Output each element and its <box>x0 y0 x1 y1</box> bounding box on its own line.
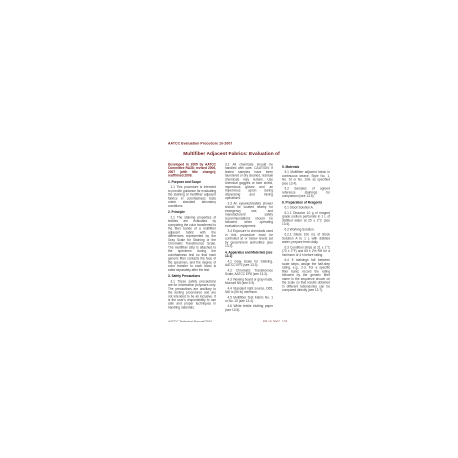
column-2: 3.2 All chemicals should be handled with… <box>225 163 273 313</box>
document-page: AATCC Evaluation Procedure 10-2007 Multi… <box>166 134 330 322</box>
paragraph: 1.1 This procedure is intended to provid… <box>168 186 216 208</box>
screenshot-canvas: AATCC Evaluation Procedure 10-2007 Multi… <box>0 0 458 458</box>
section-heading-reagents: 6. Preparation of Reagents <box>282 201 330 205</box>
section-heading-materials: 5. Materials <box>282 166 330 170</box>
list-item: 6.1 Stock Solution A. <box>282 206 330 210</box>
paragraph: 3.3 An eyewash/safety shower should be l… <box>225 202 273 228</box>
footer-ep-number: EP 10-2007 <box>263 321 280 323</box>
section-heading-apparatus: 4. Apparatus and Materials (see 13.1) <box>225 251 273 258</box>
footer-manual-label: AATCC Technical Manual/2010 <box>168 321 212 323</box>
column-3: 5. Materials 5.1 Multifiber adjacent fab… <box>282 163 330 313</box>
list-item: 6.1.1 Dissolve 10 g of reagent grade sod… <box>282 211 330 226</box>
list-item: 4.1 Gray Scale for Staining, AATCC EP2 (… <box>225 260 273 267</box>
footer-page-number: 123 <box>282 321 287 323</box>
paragraph: 5.1 Multifiber adjacent fabric in contin… <box>282 171 330 186</box>
paragraph: 6.4 If stainings fall between scale step… <box>282 259 330 293</box>
paragraph: 3.2 All chemicals should be handled with… <box>225 163 273 200</box>
list-item: 4.3 Viewing board or gray mask, Munsell … <box>225 278 273 285</box>
section-heading-safety: 3. Safety Precautions <box>168 275 216 279</box>
paragraph: 2.1 The staining properties of textiles … <box>168 216 216 272</box>
document-content: AATCC Evaluation Procedure 10-2007 Multi… <box>166 142 330 322</box>
paragraph: 5.2 Samples of agreed reference staining… <box>282 187 330 198</box>
section-heading-purpose: 1. Purpose and Scope <box>168 180 216 184</box>
page-title: Multifiber Adjacent Fabrics: Evaluation … <box>166 151 297 157</box>
column-1: Developed in 2005 by AATCC Committee RA3… <box>168 163 216 313</box>
list-item: 4.6 White textile blotting paper (see 13… <box>225 305 273 312</box>
paragraph: 3.4 Exposure to chemicals used in this p… <box>225 230 273 249</box>
list-item: 4.4 Standard light source, D65, 540 lx (… <box>225 287 273 294</box>
list-item: 4.2 Chromatic Transference Scale, AATCC … <box>225 269 273 276</box>
document-header: AATCC Evaluation Procedure 10-2007 <box>168 142 330 146</box>
paragraph: 3.1 These safety precautions are for inf… <box>168 280 216 310</box>
list-item: 6.2.1 Dilute 100 mL of Stock Solution A … <box>282 233 330 244</box>
list-item: 4.5 Multifiber Test Fabric No. 1 or No. … <box>225 296 273 303</box>
text-columns: Developed in 2005 by AATCC Committee RA3… <box>168 163 330 313</box>
list-item: 6.2 Working Solution. <box>282 228 330 232</box>
section-heading-principle: 2. Principle <box>168 211 216 215</box>
development-note: Developed in 2005 by AATCC Committee RA3… <box>168 163 216 178</box>
list-item: 6.3 Condition strips at 21 ± 1°C (70 ± 2… <box>282 246 330 257</box>
